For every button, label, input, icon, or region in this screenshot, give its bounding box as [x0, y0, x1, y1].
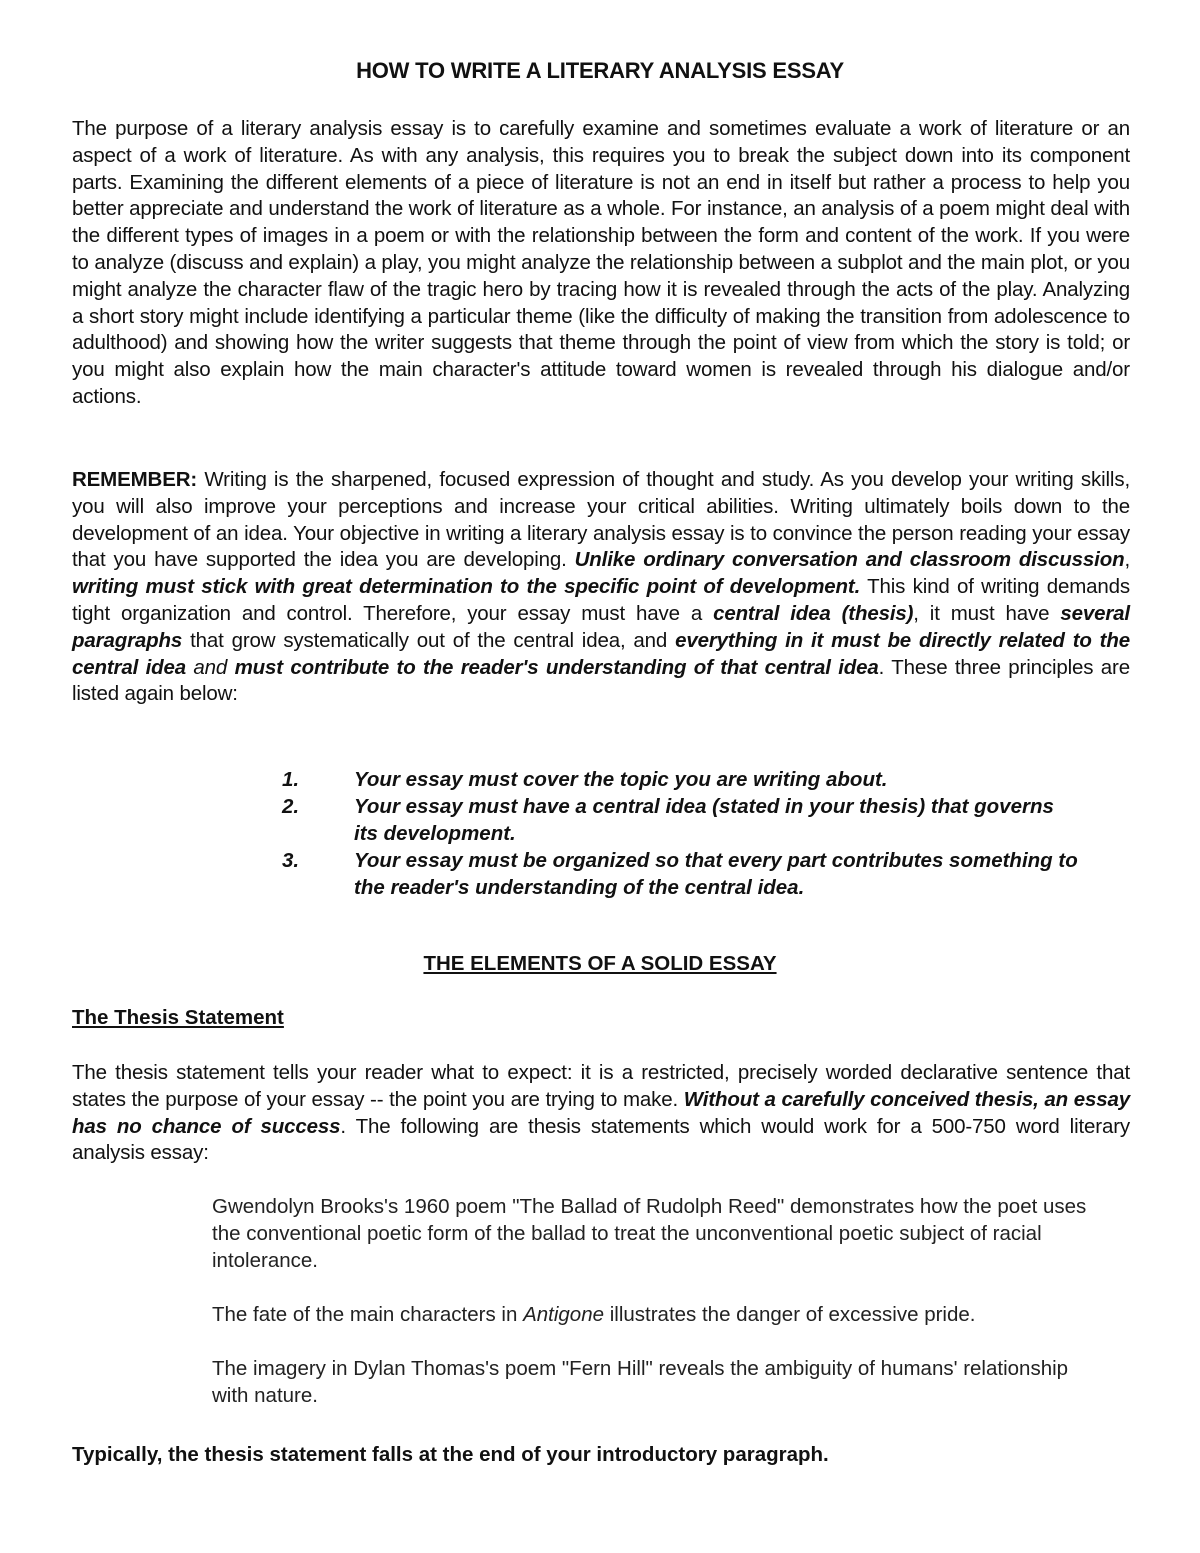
- remember-text: that grow systematically out of the cent…: [182, 629, 675, 652]
- thesis-example: The fate of the main characters in Antig…: [212, 1301, 1112, 1328]
- intro-paragraph: The purpose of a literary analysis essay…: [72, 116, 1130, 411]
- emphasis-text: Unlike ordinary conversation and classro…: [575, 548, 1125, 571]
- document-page: HOW TO WRITE A LITERARY ANALYSIS ESSAY T…: [0, 0, 1200, 1553]
- thesis-example: The imagery in Dylan Thomas's poem "Fern…: [212, 1355, 1092, 1409]
- remember-label: REMEMBER:: [72, 468, 197, 491]
- list-text: Your essay must cover the topic you are …: [354, 766, 1082, 793]
- example-text: Gwendolyn Brooks's 1960 poem "The Ballad…: [212, 1195, 1086, 1272]
- work-title: Antigone: [523, 1303, 604, 1326]
- emphasis-text: central idea (thesis): [713, 602, 913, 625]
- remember-text: ,: [1124, 548, 1130, 571]
- remember-text: , it must have: [913, 602, 1060, 625]
- example-text: The fate of the main characters in: [212, 1303, 523, 1326]
- list-number: 3.: [282, 847, 354, 901]
- remember-text: and: [186, 656, 235, 679]
- example-text: illustrates the danger of excessive prid…: [604, 1303, 975, 1326]
- list-text: Your essay must have a central idea (sta…: [354, 793, 1082, 847]
- list-number: 2.: [282, 793, 354, 847]
- thesis-paragraph: The thesis statement tells your reader w…: [72, 1060, 1130, 1167]
- list-item: 1.Your essay must cover the topic you ar…: [282, 766, 1082, 793]
- list-item: 2.Your essay must have a central idea (s…: [282, 793, 1082, 847]
- document-title: HOW TO WRITE A LITERARY ANALYSIS ESSAY: [0, 58, 1200, 84]
- thesis-heading: The Thesis Statement: [72, 1006, 284, 1030]
- example-text: The imagery in Dylan Thomas's poem "Fern…: [212, 1357, 1068, 1407]
- thesis-example: Gwendolyn Brooks's 1960 poem "The Ballad…: [212, 1193, 1112, 1274]
- principles-list: 1.Your essay must cover the topic you ar…: [282, 766, 1082, 901]
- emphasis-text: writing must stick with great determinat…: [72, 575, 860, 598]
- closing-statement: Typically, the thesis statement falls at…: [72, 1443, 829, 1467]
- list-item: 3.Your essay must be organized so that e…: [282, 847, 1082, 901]
- section-heading: THE ELEMENTS OF A SOLID ESSAY: [0, 952, 1200, 976]
- list-number: 1.: [282, 766, 354, 793]
- remember-paragraph: REMEMBER: Writing is the sharpened, focu…: [72, 467, 1130, 708]
- list-text: Your essay must be organized so that eve…: [354, 847, 1082, 901]
- emphasis-text: must contribute to the reader's understa…: [235, 656, 879, 679]
